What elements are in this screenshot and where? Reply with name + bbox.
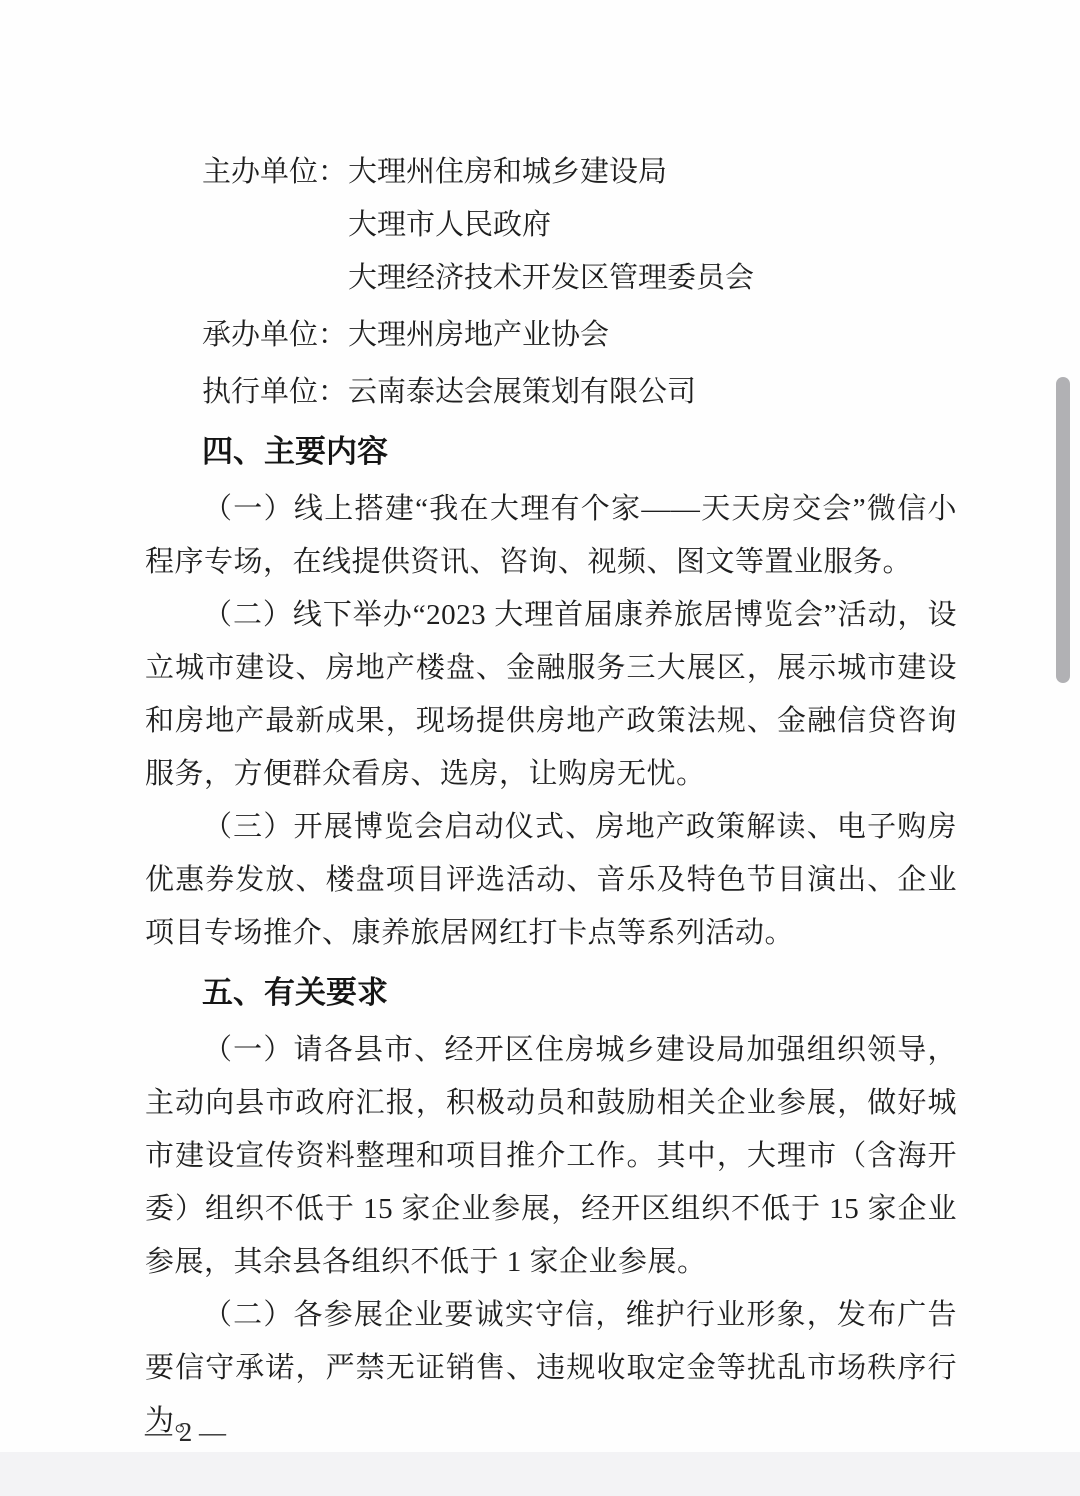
organizer-label: 执行单位： (202, 366, 348, 419)
organizer-label: 主办单位： (202, 146, 348, 199)
paragraph: （二）线下举办“2023 大理首届康养旅居博览会”活动，设立城市建设、房地产楼盘… (145, 589, 957, 801)
paragraph: （一）线上搭建“我在大理有个家——天天房交会”微信小程序专场，在线提供资讯、咨询… (145, 483, 957, 589)
paragraph: （一）请各县市、经开区住房城乡建设局加强组织领导，主动向县市政府汇报，积极动员和… (145, 1024, 957, 1289)
section-heading-requirements: 五、有关要求 (145, 966, 957, 1019)
organizer-block: 主办单位： 大理州住房和城乡建设局 大理市人民政府 大理经济技术开发区管理委员会… (145, 146, 957, 419)
organizer-lines: 云南泰达会展策划有限公司 (348, 366, 957, 419)
organizer-row-undertaker: 承办单位： 大理州房地产业协会 (202, 309, 957, 362)
organizer-line: 大理经济技术开发区管理委员会 (348, 252, 957, 305)
scrollbar-thumb[interactable] (1056, 377, 1070, 683)
section-heading-main-content: 四、主要内容 (145, 425, 957, 478)
organizer-line: 大理州住房和城乡建设局 (348, 146, 957, 199)
organizer-line: 大理市人民政府 (348, 199, 957, 252)
paragraph: （二）各参展企业要诚实守信，维护行业形象，发布广告要信守承诺，严禁无证销售、违规… (145, 1289, 957, 1448)
document-page: 主办单位： 大理州住房和城乡建设局 大理市人民政府 大理经济技术开发区管理委员会… (0, 0, 1080, 1496)
organizer-row-executor: 执行单位： 云南泰达会展策划有限公司 (202, 366, 957, 419)
page-bottom-margin (0, 1452, 1080, 1496)
organizer-row-host: 主办单位： 大理州住房和城乡建设局 大理市人民政府 大理经济技术开发区管理委员会 (202, 146, 957, 305)
organizer-line: 大理州房地产业协会 (348, 309, 957, 362)
organizer-label: 承办单位： (202, 309, 348, 362)
organizer-lines: 大理州住房和城乡建设局 大理市人民政府 大理经济技术开发区管理委员会 (348, 146, 957, 305)
document-content: 主办单位： 大理州住房和城乡建设局 大理市人民政府 大理经济技术开发区管理委员会… (145, 146, 957, 1448)
paragraph: （三）开展博览会启动仪式、房地产政策解读、电子购房优惠券发放、楼盘项目评选活动、… (145, 801, 957, 960)
organizer-lines: 大理州房地产业协会 (348, 309, 957, 362)
organizer-line: 云南泰达会展策划有限公司 (348, 366, 957, 419)
